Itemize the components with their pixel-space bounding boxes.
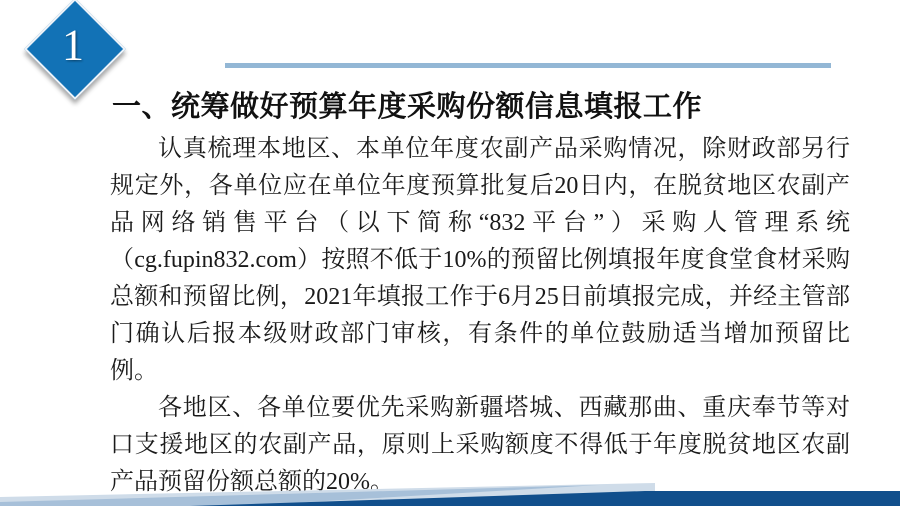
slide-title: 一、统筹做好预算年度采购份额信息填报工作 <box>112 84 872 125</box>
title-divider-line <box>225 63 831 68</box>
paragraph-1: 认真梳理本地区、本单位年度农副产品采购情况，除财政部另行规定外，各单位应在单位年… <box>110 131 850 390</box>
slide-body: 认真梳理本地区、本单位年度农副产品采购情况，除财政部另行规定外，各单位应在单位年… <box>110 131 850 501</box>
section-number: 1 <box>62 19 84 70</box>
footer-decoration <box>0 476 900 506</box>
presentation-slide: 1 一、统筹做好预算年度采购份额信息填报工作 认真梳理本地区、本单位年度农副产品… <box>0 0 900 506</box>
